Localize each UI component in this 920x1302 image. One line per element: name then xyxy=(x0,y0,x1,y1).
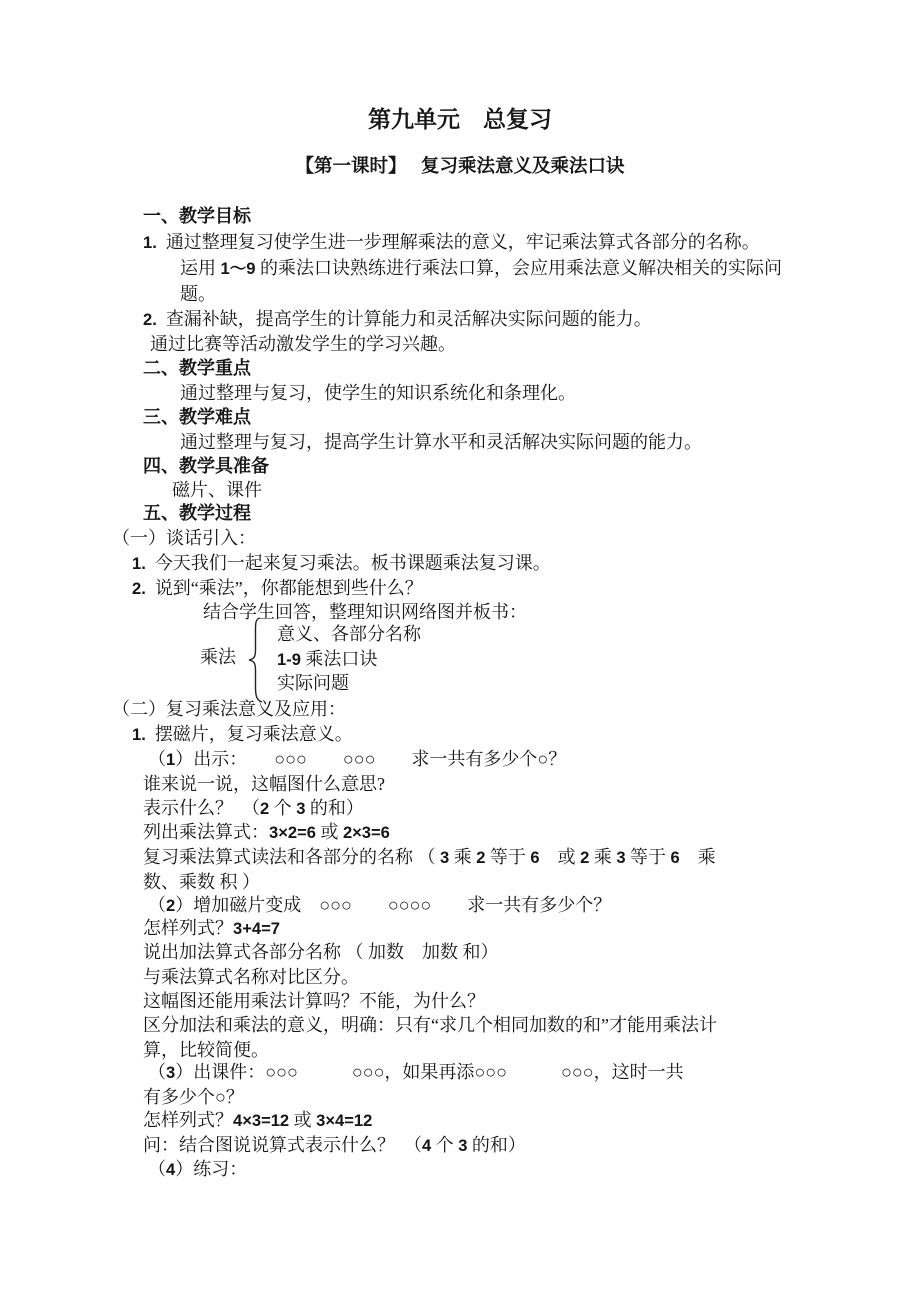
doc-line: 通过整理与复习，使学生的知识系统化和条理化。 xyxy=(180,382,576,404)
diagram-label: 乘法 xyxy=(200,646,236,668)
doc-line: 算，比较简便。 xyxy=(143,1039,269,1061)
doc-line: 2. 查漏补缺，提高学生的计算能力和灵活解决实际问题的能力。 xyxy=(143,308,652,331)
doc-line: 通过整理与复习，提高学生计算水平和灵活解决实际问题的能力。 xyxy=(180,431,702,453)
doc-line: 有多少个○？ xyxy=(143,1086,244,1108)
doc-line: 题。 xyxy=(180,283,216,305)
doc-line: 数、乘数 积 ） xyxy=(143,871,260,893)
diagram-item: 1-9 乘法口诀 xyxy=(277,648,377,671)
document-page: 第九单元 总复习 【第一课时】 复习乘法意义及乘法口诀 一、教学目标 1. 通过… xyxy=(0,0,920,1302)
doc-line: （2）增加磁片变成 ○○○ ○○○○ 求一共有多少个？ xyxy=(148,894,611,917)
doc-line: （1）出示： ○○○ ○○○ 求一共有多少个○？ xyxy=(148,748,566,771)
doc-line: 运用 1～9 的乘法口诀熟练进行乘法口算，会应用乘法意义解决相关的实际问 xyxy=(180,257,782,280)
lesson-subtitle: 【第一课时】 复习乘法意义及乘法口诀 xyxy=(0,155,920,177)
left-brace-icon xyxy=(246,617,264,703)
doc-line: 这幅图还能用乘法计算吗？不能，为什么？ xyxy=(143,990,485,1012)
doc-line: 列出乘法算式：3×2=6 或 2×3=6 xyxy=(143,821,390,844)
doc-line: 1. 摆磁片，复习乘法意义。 xyxy=(132,723,353,746)
heading-preparation: 四、教学具准备 xyxy=(143,455,269,477)
doc-line: 问：结合图说说算式表示什么？ （4 个 3 的和） xyxy=(143,1134,526,1157)
doc-line: 复习乘法算式读法和各部分的名称 （ 3 乘 2 等于 6 或 2 乘 3 等于 … xyxy=(143,846,716,869)
doc-line: 通过比赛等活动激发学生的学习兴趣。 xyxy=(150,333,456,355)
doc-line: 磁片、课件 xyxy=(172,479,262,501)
doc-line: 1. 通过整理复习使学生进一步理解乘法的意义，牢记乘法算式各部分的名称。 xyxy=(143,231,760,254)
doc-line: （3）出课件：○○○ ○○○，如果再添○○○ ○○○，这时一共 xyxy=(148,1061,684,1084)
doc-line: 表示什么？ （2 个 3 的和） xyxy=(143,797,364,820)
doc-line: 与乘法算式名称对比区分。 xyxy=(143,966,359,988)
doc-line: 怎样列式？4×3=12 或 3×4=12 xyxy=(143,1109,372,1132)
heading-objectives: 一、教学目标 xyxy=(143,205,251,227)
heading-difficulties: 三、教学难点 xyxy=(143,406,251,428)
doc-line: （二）复习乘法意义及应用： xyxy=(112,698,346,720)
diagram-item: 意义、各部分名称 xyxy=(277,623,421,645)
doc-line: 谁来说一说，这幅图什么意思? xyxy=(143,773,385,795)
doc-line: 区分加法和乘法的意义，明确：只有“求几个相同加数的和”才能用乘法计 xyxy=(143,1014,717,1036)
doc-line: （4）练习： xyxy=(148,1158,247,1181)
heading-key-points: 二、教学重点 xyxy=(143,357,251,379)
doc-line: 怎样列式？3+4=7 xyxy=(143,917,280,940)
doc-line: 说出加法算式各部分名称 （ 加数 加数 和） xyxy=(143,941,499,963)
doc-line: （一）谈话引入： xyxy=(112,527,256,549)
doc-line: 2. 说到“乘法”，你都能想到些什么？ xyxy=(132,577,423,600)
diagram-item: 实际问题 xyxy=(277,672,349,694)
heading-process: 五、教学过程 xyxy=(143,502,251,524)
page-title: 第九单元 总复习 xyxy=(0,108,920,130)
doc-line: 1. 今天我们一起来复习乘法。板书课题乘法复习课。 xyxy=(132,552,551,575)
